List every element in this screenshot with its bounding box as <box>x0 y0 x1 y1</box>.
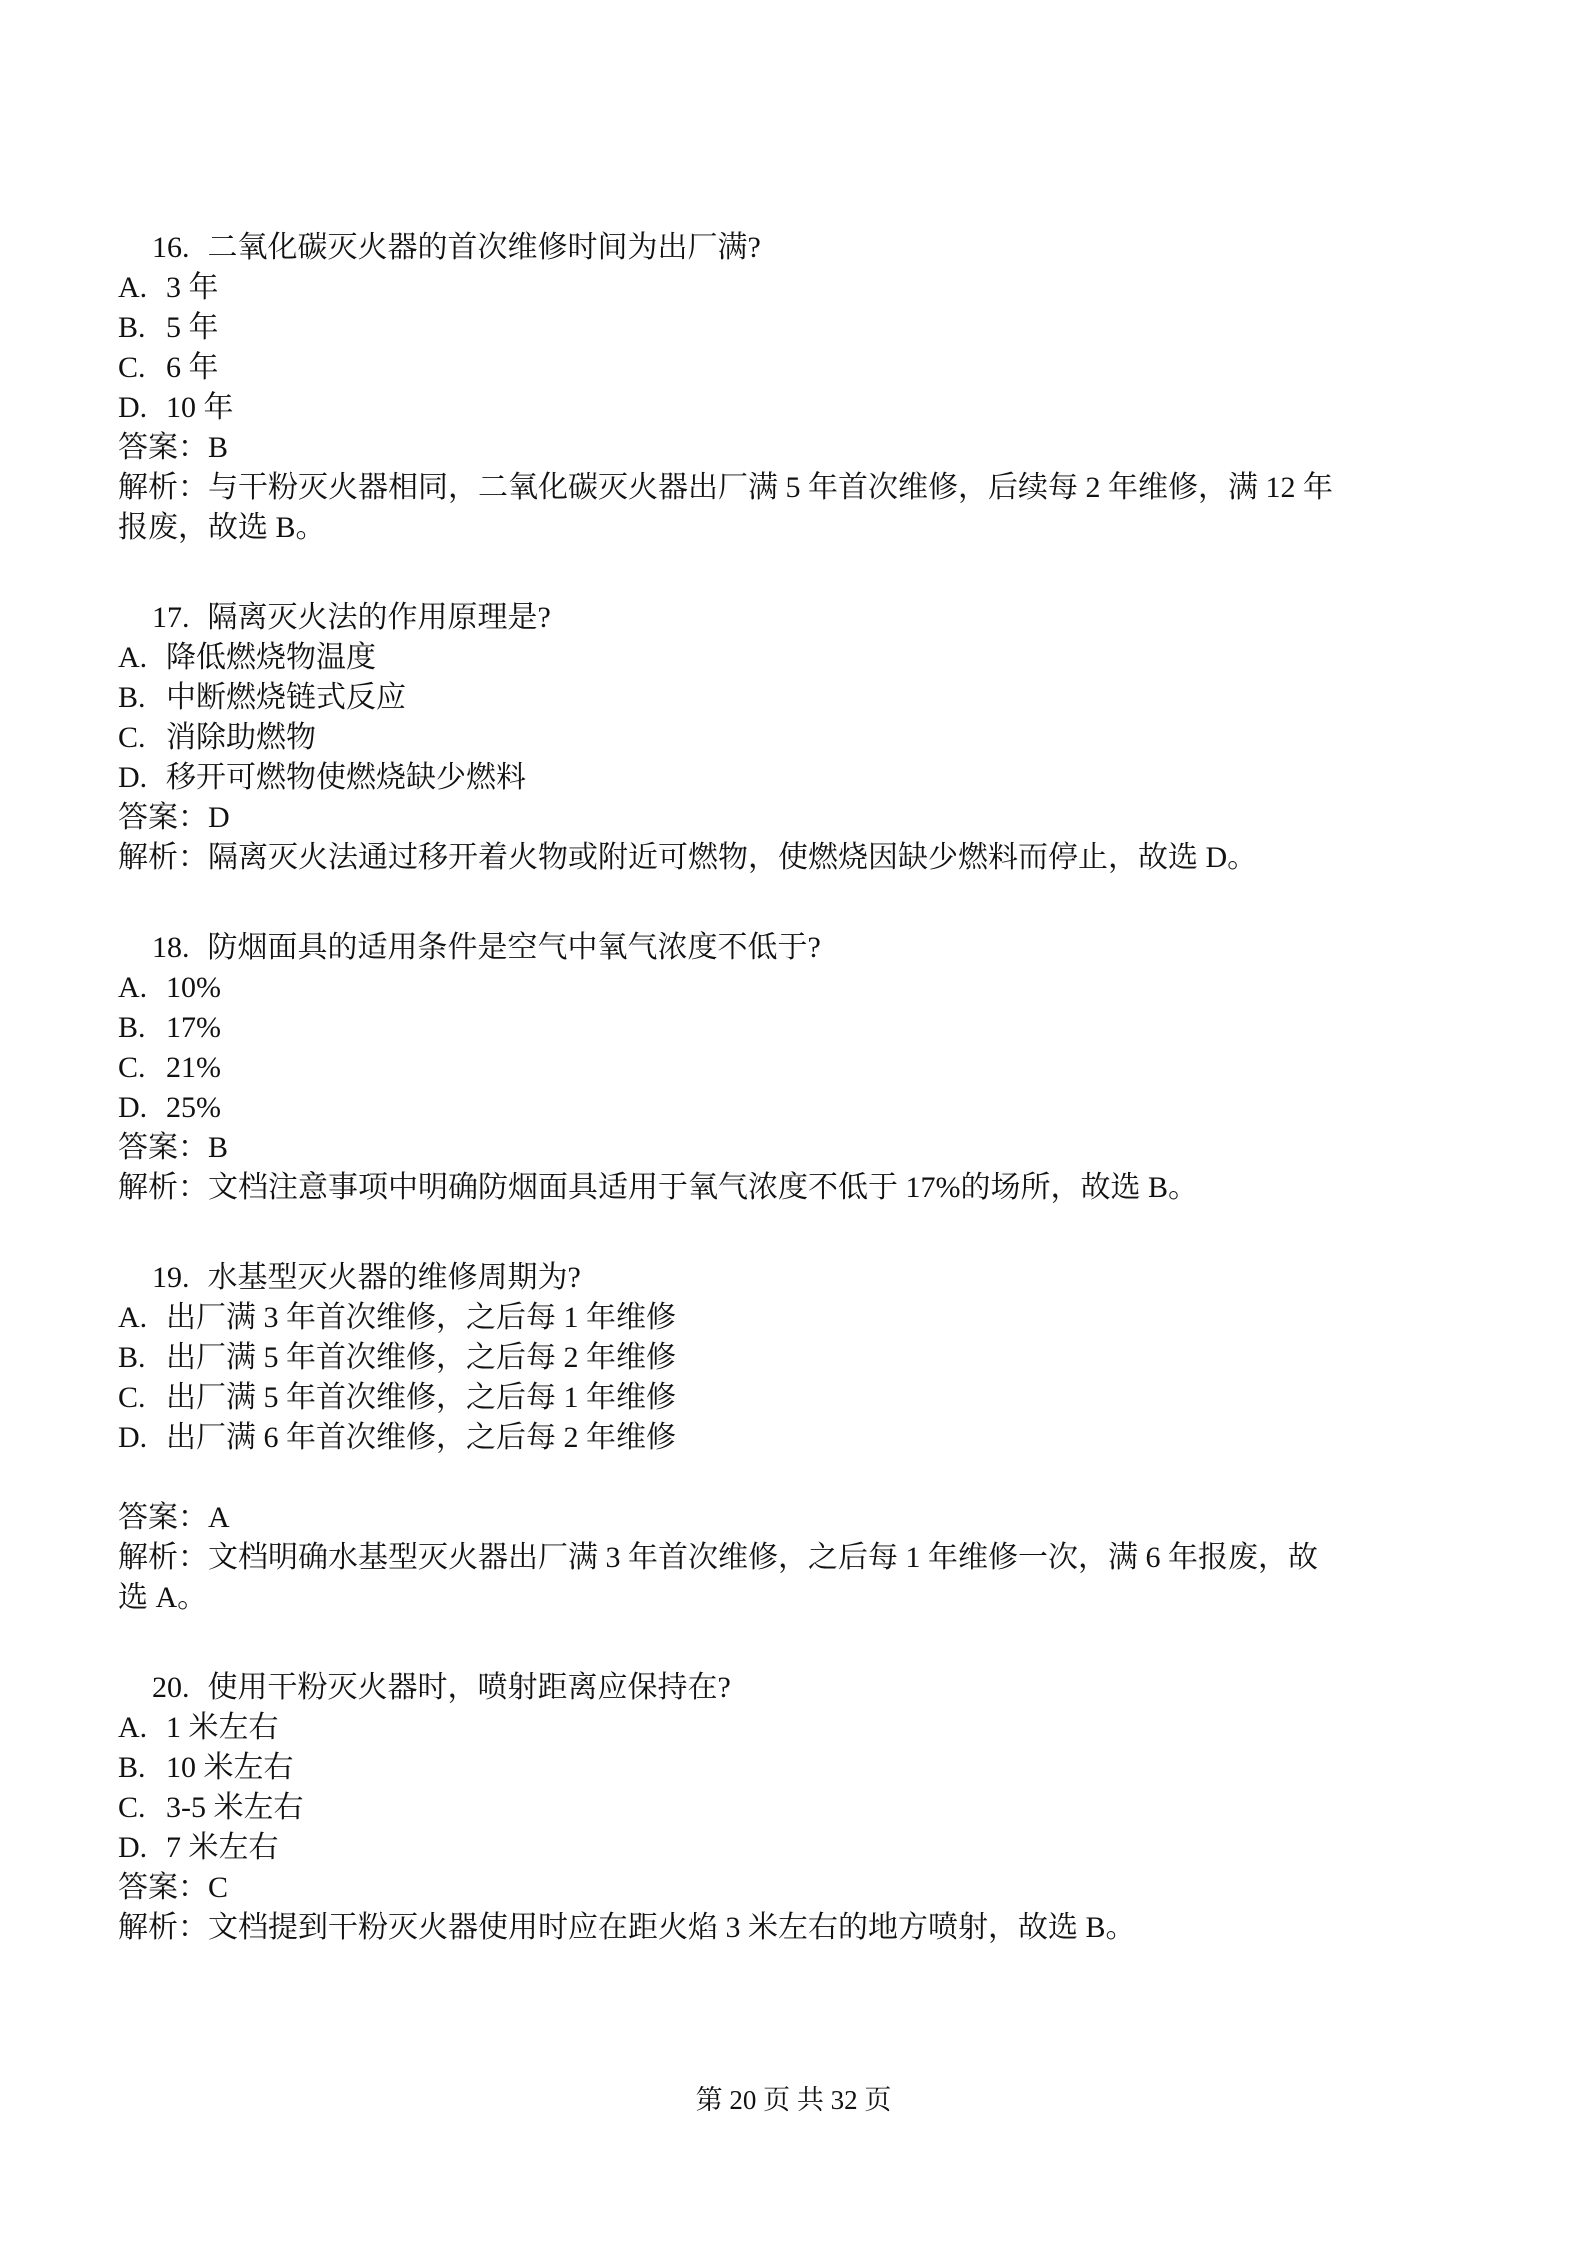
option-row: A.10% <box>118 968 1498 1008</box>
option-label: C. <box>118 1378 150 1418</box>
answer-value: A <box>208 1501 230 1534</box>
option-text: 降低燃烧物温度 <box>166 641 376 674</box>
explanation-line: 报废，故选 B。 <box>118 508 1498 548</box>
question-stem: 隔离灭火法的作用原理是? <box>208 601 551 634</box>
option-text: 3-5 米左右 <box>166 1791 304 1824</box>
option-row: D.25% <box>118 1088 1498 1128</box>
option-text: 5 年 <box>166 311 219 344</box>
option-row: C.3-5 米左右 <box>118 1788 1498 1828</box>
option-label: D. <box>118 758 150 798</box>
option-label: A. <box>118 1708 150 1748</box>
option-row: C.出厂满 5 年首次维修，之后每 1 年维修 <box>118 1378 1498 1418</box>
option-label: C. <box>118 1788 150 1828</box>
option-label: C. <box>118 348 150 388</box>
answer-line: 答案：B <box>118 428 1498 468</box>
question-block-19: 19.水基型灭火器的维修周期为? A.出厂满 3 年首次维修，之后每 1 年维修… <box>118 1258 1498 1618</box>
answer-line: 答案：D <box>118 798 1498 838</box>
option-text: 6 年 <box>166 351 219 384</box>
option-row: A.出厂满 3 年首次维修，之后每 1 年维修 <box>118 1298 1498 1338</box>
option-row: B.5 年 <box>118 308 1498 348</box>
option-label: D. <box>118 1088 150 1128</box>
option-text: 10 年 <box>166 391 234 424</box>
page-footer: 第 20 页 共 32 页 <box>0 2080 1587 2120</box>
answer-line: 答案：A <box>118 1498 1498 1538</box>
option-text: 3 年 <box>166 271 219 304</box>
option-text: 出厂满 6 年首次维修，之后每 2 年维修 <box>166 1421 676 1454</box>
question-block-16: 16.二氧化碳灭火器的首次维修时间为出厂满? A.3 年 B.5 年 C.6 年… <box>118 228 1498 548</box>
option-text: 17% <box>166 1011 221 1044</box>
question-number: 16. <box>152 231 190 264</box>
answer-value: B <box>208 431 228 464</box>
option-text: 出厂满 5 年首次维修，之后每 2 年维修 <box>166 1341 676 1374</box>
option-row: C.6 年 <box>118 348 1498 388</box>
question-heading: 20.使用干粉灭火器时，喷射距离应保持在? <box>118 1668 1498 1708</box>
question-number: 20. <box>152 1671 190 1704</box>
question-heading: 17.隔离灭火法的作用原理是? <box>118 598 1498 638</box>
explanation-line: 解析：文档提到干粉灭火器使用时应在距火焰 3 米左右的地方喷射，故选 B。 <box>118 1908 1498 1948</box>
question-block-17: 17.隔离灭火法的作用原理是? A.降低燃烧物温度 B.中断燃烧链式反应 C.消… <box>118 598 1498 878</box>
option-label: A. <box>118 968 150 1008</box>
question-stem: 防烟面具的适用条件是空气中氧气浓度不低于? <box>208 931 821 964</box>
option-row: D.出厂满 6 年首次维修，之后每 2 年维修 <box>118 1418 1498 1458</box>
question-stem: 使用干粉灭火器时，喷射距离应保持在? <box>208 1671 731 1704</box>
option-text: 移开可燃物使燃烧缺少燃料 <box>166 761 526 794</box>
option-label: B. <box>118 1338 150 1378</box>
option-label: D. <box>118 388 150 428</box>
option-row: B.中断燃烧链式反应 <box>118 678 1498 718</box>
option-text: 1 米左右 <box>166 1711 279 1744</box>
option-label: B. <box>118 678 150 718</box>
option-text: 10% <box>166 971 221 1004</box>
answer-value: D <box>208 801 230 834</box>
option-text: 21% <box>166 1051 221 1084</box>
option-label: A. <box>118 638 150 678</box>
option-label: B. <box>118 308 150 348</box>
option-label: C. <box>118 718 150 758</box>
option-label: C. <box>118 1048 150 1088</box>
option-text: 出厂满 5 年首次维修，之后每 1 年维修 <box>166 1381 676 1414</box>
option-row: B.17% <box>118 1008 1498 1048</box>
question-number: 19. <box>152 1261 190 1294</box>
blank-line <box>118 1458 1498 1498</box>
option-row: D.移开可燃物使燃烧缺少燃料 <box>118 758 1498 798</box>
answer-line: 答案：C <box>118 1868 1498 1908</box>
question-heading: 16.二氧化碳灭火器的首次维修时间为出厂满? <box>118 228 1498 268</box>
answer-label: 答案： <box>118 1501 208 1534</box>
option-label: D. <box>118 1418 150 1458</box>
option-row: A.3 年 <box>118 268 1498 308</box>
option-text: 中断燃烧链式反应 <box>166 681 406 714</box>
answer-label: 答案： <box>118 801 208 834</box>
option-label: B. <box>118 1008 150 1048</box>
question-block-20: 20.使用干粉灭火器时，喷射距离应保持在? A.1 米左右 B.10 米左右 C… <box>118 1668 1498 1948</box>
answer-label: 答案： <box>118 431 208 464</box>
option-label: A. <box>118 268 150 308</box>
option-row: A.1 米左右 <box>118 1708 1498 1748</box>
explanation-line: 解析：与干粉灭火器相同，二氧化碳灭火器出厂满 5 年首次维修，后续每 2 年维修… <box>118 468 1498 508</box>
option-text: 出厂满 3 年首次维修，之后每 1 年维修 <box>166 1301 676 1334</box>
explanation-line: 解析：隔离灭火法通过移开着火物或附近可燃物，使燃烧因缺少燃料而停止，故选 D。 <box>118 838 1498 878</box>
option-row: B.10 米左右 <box>118 1748 1498 1788</box>
explanation-line: 解析：文档注意事项中明确防烟面具适用于氧气浓度不低于 17%的场所，故选 B。 <box>118 1168 1498 1208</box>
question-number: 17. <box>152 601 190 634</box>
explanation-line: 解析：文档明确水基型灭火器出厂满 3 年首次维修，之后每 1 年维修一次，满 6… <box>118 1538 1498 1578</box>
option-label: D. <box>118 1828 150 1868</box>
option-label: B. <box>118 1748 150 1788</box>
question-number: 18. <box>152 931 190 964</box>
option-text: 消除助燃物 <box>166 721 316 754</box>
question-heading: 18.防烟面具的适用条件是空气中氧气浓度不低于? <box>118 928 1498 968</box>
option-row: D.10 年 <box>118 388 1498 428</box>
option-text: 10 米左右 <box>166 1751 294 1784</box>
option-row: A.降低燃烧物温度 <box>118 638 1498 678</box>
question-stem: 水基型灭火器的维修周期为? <box>208 1261 581 1294</box>
answer-value: C <box>208 1871 228 1904</box>
explanation-line: 选 A。 <box>118 1578 1498 1618</box>
answer-line: 答案：B <box>118 1128 1498 1168</box>
question-block-18: 18.防烟面具的适用条件是空气中氧气浓度不低于? A.10% B.17% C.2… <box>118 928 1498 1208</box>
option-row: C.21% <box>118 1048 1498 1088</box>
question-stem: 二氧化碳灭火器的首次维修时间为出厂满? <box>208 231 761 264</box>
answer-value: B <box>208 1131 228 1164</box>
option-row: D.7 米左右 <box>118 1828 1498 1868</box>
answer-label: 答案： <box>118 1871 208 1904</box>
option-label: A. <box>118 1298 150 1338</box>
option-text: 25% <box>166 1091 221 1124</box>
option-text: 7 米左右 <box>166 1831 279 1864</box>
document-page-content: 16.二氧化碳灭火器的首次维修时间为出厂满? A.3 年 B.5 年 C.6 年… <box>118 228 1498 1948</box>
question-heading: 19.水基型灭火器的维修周期为? <box>118 1258 1498 1298</box>
answer-label: 答案： <box>118 1131 208 1164</box>
option-row: B.出厂满 5 年首次维修，之后每 2 年维修 <box>118 1338 1498 1378</box>
option-row: C.消除助燃物 <box>118 718 1498 758</box>
